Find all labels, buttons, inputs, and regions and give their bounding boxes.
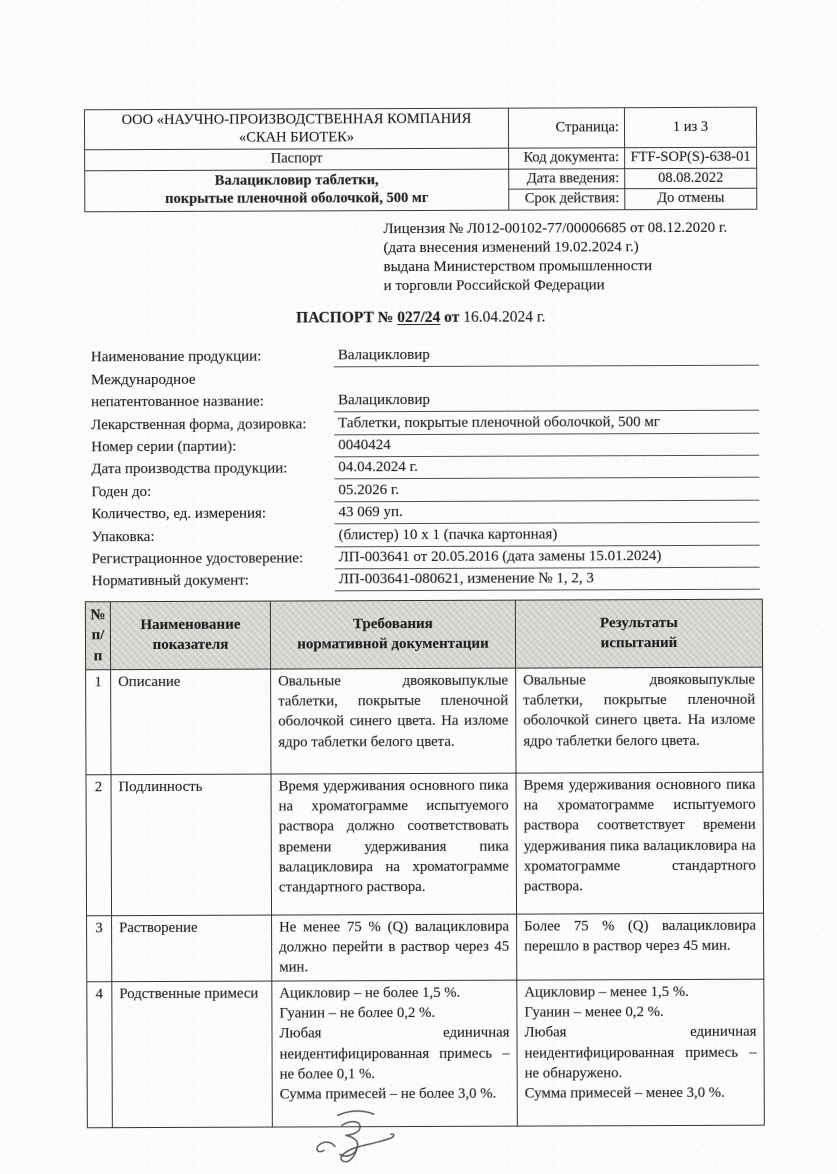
- row-result: Более 75 % (Q) валацикловира перешло в р…: [517, 913, 764, 980]
- row-result: Время удерживания основного пика на хром…: [516, 772, 764, 914]
- row-name: Подлинность: [111, 774, 272, 916]
- field-label: Международное: [91, 371, 334, 391]
- field-value: 04.04.2024 г.: [334, 458, 759, 480]
- field-label: Нормативный документ:: [92, 573, 335, 593]
- field-row: Упаковка: (блистер) 10 х 1 (пачка картон…: [92, 523, 760, 548]
- spec-results-table: № п/п Наименование показателя Требования…: [85, 599, 765, 1128]
- document-header-table: ООО «НАУЧНО-ПРОИЗВОДСТВЕННАЯ КОМПАНИЯ «С…: [84, 107, 757, 213]
- table-row: 1 Описание Овальные двояковыпуклые табле…: [86, 667, 763, 775]
- license-line: (дата внесения изменений 19.02.2024 г.): [383, 238, 755, 258]
- signature-icon: [298, 1104, 428, 1168]
- field-label: Количество, ед. измерения:: [91, 505, 334, 525]
- field-row: Нормативный документ: ЛП-003641-080621, …: [92, 568, 760, 593]
- field-value: ЛП-003641 от 20.05.2016 (дата замены 15.…: [335, 548, 760, 570]
- row-result: Ацикловир – менее 1,5 %. Гуанин – менее …: [517, 979, 765, 1126]
- row-result: Овальные двояковыпуклые таблетки, покрыт…: [516, 667, 763, 773]
- field-label: Годен до:: [91, 483, 334, 503]
- row-requirement: Овальные двояковыпуклые таблетки, покрыт…: [271, 668, 516, 774]
- page-value: 1 из 3: [624, 107, 756, 148]
- field-label: Упаковка:: [92, 528, 335, 548]
- row-requirement: Не менее 75 % (Q) валацикловира должно п…: [272, 914, 517, 981]
- field-row: Лекарственная форма, дозировка: Таблетки…: [91, 411, 759, 436]
- handwritten-signature: [298, 1104, 428, 1173]
- row-num: 1: [86, 669, 111, 774]
- field-row: Регистрационное удостоверение: ЛП-003641…: [92, 545, 760, 570]
- field-row: непатентованное название: Валацикловир: [91, 388, 759, 413]
- validity-label: Срок действия:: [509, 189, 625, 210]
- passport-prefix: ПАСПОРТ №: [296, 309, 393, 326]
- col-header-num: № п/п: [85, 602, 110, 670]
- scan-content: ООО «НАУЧНО-ПРОИЗВОДСТВЕННАЯ КОМПАНИЯ «С…: [0, 0, 837, 1174]
- row-requirement: Время удерживания основного пика на хром…: [271, 773, 517, 915]
- doc-type: Паспорт: [85, 148, 509, 170]
- field-value: Валацикловир: [334, 346, 759, 368]
- table-row: 2 Подлинность Время удерживания основног…: [86, 772, 764, 916]
- field-value: 43 069 уп.: [334, 503, 759, 525]
- page-label: Страница:: [508, 108, 624, 148]
- passport-middle: от: [444, 309, 459, 326]
- spec-table-header-row: № п/п Наименование показателя Требования…: [85, 599, 762, 669]
- col-header-requirement: Требования нормативной документации: [270, 600, 515, 669]
- row-name: Описание: [111, 669, 271, 775]
- field-label: Лекарственная форма, дозировка:: [91, 416, 334, 436]
- field-label: Номер серии (партии):: [91, 438, 334, 458]
- field-row: Международное: [91, 366, 759, 391]
- field-value: [334, 369, 759, 390]
- intro-date-label: Дата введения:: [509, 168, 625, 189]
- field-row: Номер серии (партии): 0040424: [91, 433, 759, 458]
- doc-code-label: Код документа:: [509, 148, 625, 169]
- field-value: Таблетки, покрытые пленочной оболочкой, …: [334, 413, 759, 435]
- intro-date-value: 08.08.2022: [625, 168, 757, 189]
- field-label: Наименование продукции:: [91, 349, 334, 369]
- passport-number-line: ПАСПОРТ № 027/24 от 16.04.2024 г.: [85, 308, 757, 329]
- validity-value: До отмены: [625, 189, 757, 210]
- license-block: Лицензия № Л012-00102-77/00006685 от 08.…: [383, 219, 755, 296]
- col-header-name: Наименование показателя: [110, 601, 270, 669]
- row-name: Растворение: [112, 915, 272, 982]
- row-num: 4: [87, 981, 113, 1127]
- table-row: 3 Растворение Не менее 75 % (Q) валацикл…: [87, 913, 764, 982]
- license-line: Лицензия № Л012-00102-77/00006685 от 08.…: [383, 219, 755, 239]
- col-header-result: Результаты испытаний: [515, 599, 762, 668]
- row-name: Родственные примеси: [112, 981, 273, 1128]
- field-row: Наименование продукции: Валацикловир: [91, 344, 759, 369]
- row-num: 3: [87, 915, 112, 981]
- field-value: ЛП-003641-080621, изменение № 1, 2, 3: [335, 570, 760, 592]
- field-row: Количество, ед. измерения: 43 069 уп.: [91, 500, 759, 525]
- license-line: выдана Министерством промышленности: [384, 257, 756, 277]
- scanned-document-page: ООО «НАУЧНО-ПРОИЗВОДСТВЕННАЯ КОМПАНИЯ «С…: [0, 0, 837, 1174]
- field-value: 05.2026 г.: [334, 480, 759, 502]
- row-num: 2: [86, 774, 112, 915]
- passport-number: 027/24: [397, 309, 440, 326]
- field-value: Валацикловир: [334, 391, 759, 413]
- license-line: и торговли Российской Федерации: [384, 276, 756, 296]
- field-label: Дата производства продукции:: [91, 461, 334, 481]
- field-value: (блистер) 10 х 1 (пачка картонная): [335, 525, 760, 547]
- field-label: непатентованное название:: [91, 393, 334, 413]
- field-row: Годен до: 05.2026 г.: [91, 478, 759, 503]
- field-value: 0040424: [334, 436, 759, 458]
- product-fields: Наименование продукции: Валацикловир Меж…: [91, 344, 760, 593]
- product-title: Валацикловир таблетки, покрытые пленочно…: [85, 169, 509, 212]
- field-row: Дата производства продукции: 04.04.2024 …: [91, 456, 759, 481]
- company-name: ООО «НАУЧНО-ПРОИЗВОДСТВЕННАЯ КОМПАНИЯ «С…: [84, 108, 508, 150]
- passport-date: 16.04.2024 г.: [463, 309, 545, 326]
- doc-code-value: FTF-SOP(S)-638-01: [625, 147, 757, 168]
- field-label: Регистрационное удостоверение:: [92, 550, 335, 570]
